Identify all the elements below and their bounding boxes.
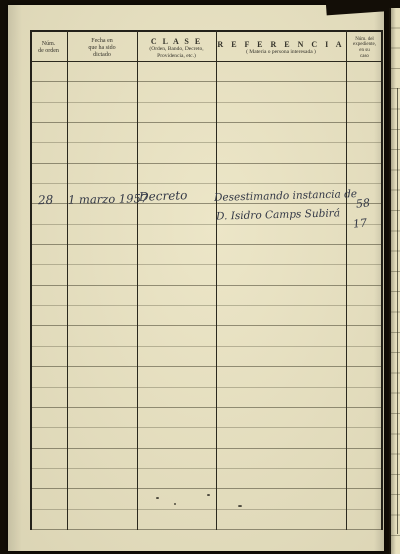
header-text: Fecha en	[91, 38, 113, 45]
page-corner-fold	[325, 0, 396, 15]
table-row	[30, 449, 383, 469]
table-header: Núm. de orden Fecha en que ha sido dicta…	[30, 30, 383, 62]
handwritten-fecha: 1 marzo 1957	[68, 191, 148, 206]
ledger-page: Núm. de orden Fecha en que ha sido dicta…	[8, 5, 384, 551]
header-num-orden: Núm. de orden	[30, 32, 67, 64]
ink-speck	[174, 503, 176, 505]
table-row	[30, 428, 383, 448]
handwritten-clase: Decreto	[139, 188, 188, 204]
table-row	[30, 510, 383, 530]
ink-speck	[156, 497, 159, 499]
table-row	[30, 265, 383, 285]
header-text: dictado	[93, 52, 111, 59]
header-text: de orden	[38, 48, 59, 55]
column-rule	[67, 30, 68, 530]
column-rule	[137, 30, 138, 530]
registry-table: Núm. de orden Fecha en que ha sido dicta…	[30, 30, 383, 535]
header-fecha: Fecha en que ha sido dictado	[67, 32, 137, 64]
header-clase: C L A S E (Orden, Bando, Decreto, Provid…	[137, 32, 216, 64]
table-row	[30, 347, 383, 367]
table-row	[30, 388, 383, 408]
table-row	[30, 225, 383, 245]
header-text: caso	[360, 54, 369, 60]
column-rule	[216, 30, 217, 530]
table-row	[30, 164, 383, 184]
table-row	[30, 143, 383, 163]
header-expediente: Núm. del expediente, en su caso	[346, 32, 383, 64]
table-body	[30, 62, 383, 530]
handwritten-num-orden: 28	[38, 193, 54, 208]
ink-speck	[238, 505, 242, 507]
table-row	[30, 469, 383, 489]
column-rule	[346, 30, 347, 530]
adjacent-page-rule	[397, 88, 398, 534]
table-row	[30, 408, 383, 428]
ink-speck	[207, 494, 210, 496]
handwritten-expediente-num2: 17	[352, 216, 367, 230]
header-subtitle: ( Materia o persona interesada )	[246, 49, 316, 56]
handwritten-expediente-num1: 58	[355, 196, 370, 210]
table-row	[30, 306, 383, 326]
table-row	[30, 367, 383, 387]
header-text: que ha sido	[88, 45, 115, 52]
table-row	[30, 62, 383, 82]
header-subtitle: Providencia, etc.)	[157, 53, 196, 60]
adjacent-page-edge	[389, 8, 400, 554]
table-row	[30, 245, 383, 265]
header-title: R E F E R E N C I A	[217, 40, 344, 49]
table-row	[30, 286, 383, 306]
table-row	[30, 82, 383, 102]
column-rule	[30, 30, 32, 530]
column-rule	[381, 30, 383, 530]
table-row	[30, 103, 383, 123]
table-row	[30, 326, 383, 346]
header-title: C L A S E	[151, 37, 202, 46]
table-row	[30, 123, 383, 143]
table-row	[30, 489, 383, 509]
header-referencia: R E F E R E N C I A ( Materia o persona …	[216, 32, 346, 64]
scan-background: Núm. de orden Fecha en que ha sido dicta…	[0, 0, 400, 554]
header-text: Núm.	[42, 41, 56, 48]
